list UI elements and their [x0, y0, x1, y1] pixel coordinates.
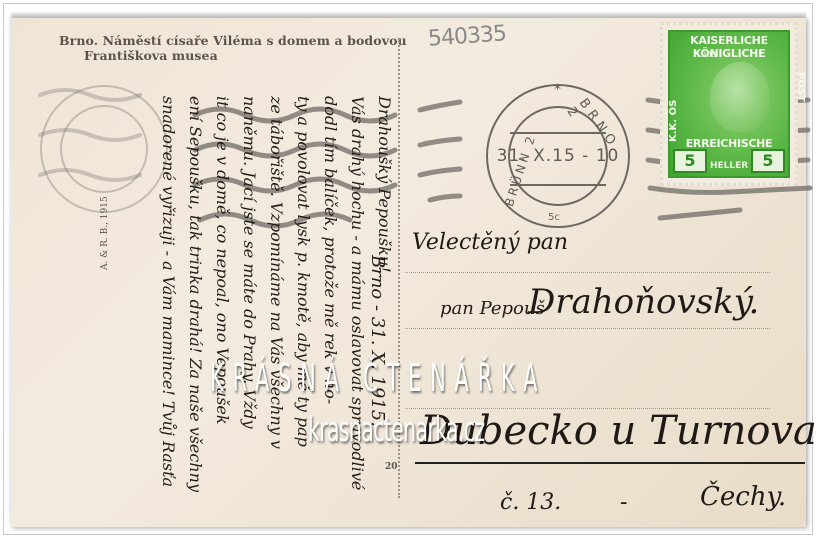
address-salutation: Velectěný pan [412, 230, 568, 255]
address-line-rule [405, 272, 770, 273]
message-line: dodl tím balíček, protože mě rek v no- [317, 96, 344, 516]
message-line: ení Sepoušku, tak trinka drahá! Za naše … [182, 96, 209, 516]
postmark-star: * [554, 82, 561, 98]
address-recipient-surname: Drahoňovský. [528, 282, 759, 322]
postmark: * BRNO 2 BRÜNN 2 31. X.15 - 10 5c [486, 84, 630, 228]
caption-line-2: Františkova musea [59, 48, 407, 63]
stamp-year: 1908 [696, 50, 716, 59]
postage-stamp: KAISERLICHE KÖNIGLICHE 1908 K.K. ÖS POST… [660, 22, 798, 186]
message-line: it co je v domě, co nepoal, ono Vepoušek [209, 96, 236, 516]
message-line: ze tábořiště. Vzpomínáme na Vás všechny … [263, 96, 290, 516]
message-place-date: Brno - 31. X. 1915. [367, 255, 388, 427]
address-house-number: č. 13. [500, 490, 561, 515]
handwritten-message: Drahoušký Pepoušku! Vás drahý hochu - a … [155, 96, 398, 516]
stamp-text-right: POST [795, 72, 806, 102]
watermark-title: KRÁSNÁ ČTENÁŘKA [210, 356, 546, 400]
stamp-value-right: 5 [751, 149, 785, 173]
stamp-text-top: KAISERLICHE KÖNIGLICHE [676, 34, 782, 60]
caption-line-1: Brno. Náměstí císaře Viléma s domem a bo… [59, 33, 407, 48]
stamp-value-left: 5 [673, 149, 707, 173]
message-line: snadorené vyřizuji - a Vám mamince! Tvůj… [155, 96, 182, 516]
address-town-underline [415, 462, 805, 464]
faded-postmark [40, 85, 168, 213]
stamp-currency: HELLER [710, 161, 748, 171]
message-line: naněmu. Jací jste se máte do Prahy. Vždy [236, 96, 263, 516]
watermark-url: krasnactenarka.cz [308, 410, 485, 450]
picture-caption: Brno. Náměstí císaře Viléma s domem a bo… [59, 33, 407, 63]
postmark-code: 5c [548, 212, 560, 223]
emperor-portrait [710, 62, 770, 132]
address-line-rule [405, 328, 770, 329]
stamp-text-left: K.K. ÖS [668, 100, 679, 142]
postmark-date: 31. X.15 - 10 [488, 146, 628, 166]
message-line: ty a povolovat lysk p. kmotě, aby mě ty … [290, 96, 317, 516]
address-dash: - [620, 490, 627, 515]
address-region: Čechy. [700, 482, 786, 512]
